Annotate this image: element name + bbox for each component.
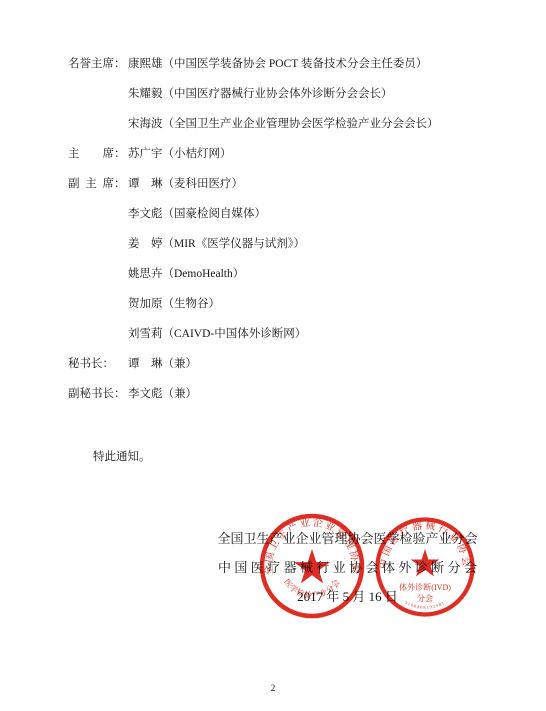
roster-row: 主 席： 苏广宇（小桔灯网） — [68, 139, 518, 169]
notice-text: 特此通知。 — [68, 442, 151, 472]
roster-row: 秘书长： 谭 琳（兼） — [68, 349, 518, 379]
roster-role-label — [68, 109, 128, 139]
roster-row: 姜 婷（MIR《医学仪器与试剂》） — [68, 229, 518, 259]
roster-member-name: 苏广宇（小桔灯网） — [128, 139, 232, 169]
roster-role-label — [68, 199, 128, 229]
officer-roster: 名誉主席： 康熙雄（中国医学装备协会 POCT 装备技术分会主任委员） 朱耀毅（… — [68, 49, 518, 409]
roster-role-label — [68, 319, 128, 349]
roster-member-name: 康熙雄（中国医学装备协会 POCT 装备技术分会主任委员） — [128, 49, 427, 79]
document-page: 名誉主席： 康熙雄（中国医学装备协会 POCT 装备技术分会主任委员） 朱耀毅（… — [0, 0, 546, 711]
star-icon — [411, 549, 440, 576]
roster-member-name: 贺加原（生物谷） — [128, 289, 220, 319]
roster-role-label: 副秘书长： — [68, 379, 128, 409]
roster-row: 贺加原（生物谷） — [68, 289, 518, 319]
roster-member-name: 谭 琳（麦科田医疗） — [128, 169, 243, 199]
page-number: 2 — [0, 683, 546, 693]
roster-role-label: 名誉主席： — [68, 49, 128, 79]
roster-member-name: 李文彪（兼） — [128, 379, 197, 409]
official-stamp-left: 全国卫生产业企业管理协会 医学检验产业分会 — [252, 506, 372, 626]
roster-role-label: 秘书长： — [68, 349, 128, 379]
roster-row: 副秘书长： 李文彪（兼） — [68, 379, 518, 409]
roster-role-label: 主 席： — [68, 139, 128, 169]
roster-member-name: 朱耀毅（中国医疗器械行业协会体外诊断分会会长） — [128, 79, 393, 109]
official-stamp-right: 中国医疗器械行业协会 体外诊断(IVD) 分会 3108808192581 — [368, 510, 482, 624]
roster-member-name: 刘雪莉（CAIVD-中国体外诊断网） — [128, 319, 306, 349]
roster-member-name: 宋海波（全国卫生产业企业管理协会医学检验产业分会会长） — [128, 109, 439, 139]
roster-row: 副 主 席： 谭 琳（麦科田医疗） — [68, 169, 518, 199]
roster-role-label — [68, 289, 128, 319]
roster-member-name: 李文彪（国豪检阅自媒体） — [128, 199, 266, 229]
roster-row: 宋海波（全国卫生产业企业管理协会医学检验产业分会会长） — [68, 109, 518, 139]
roster-member-name: 姚思卉（DemoHealth） — [128, 259, 244, 289]
roster-row: 名誉主席： 康熙雄（中国医学装备协会 POCT 装备技术分会主任委员） — [68, 49, 518, 79]
roster-role-label — [68, 79, 128, 109]
roster-row: 朱耀毅（中国医疗器械行业协会体外诊断分会会长） — [68, 79, 518, 109]
roster-member-name: 姜 婷（MIR《医学仪器与试剂》） — [128, 229, 305, 259]
stamp-branch-text: 分会 — [417, 593, 433, 603]
stamp-center-text: 体外诊断(IVD) — [399, 582, 451, 592]
roster-role-label: 副 主 席： — [68, 169, 128, 199]
roster-row: 李文彪（国豪检阅自媒体） — [68, 199, 518, 229]
star-icon — [294, 549, 330, 583]
roster-role-label — [68, 259, 128, 289]
roster-row: 姚思卉（DemoHealth） — [68, 259, 518, 289]
roster-row: 刘雪莉（CAIVD-中国体外诊断网） — [68, 319, 518, 349]
roster-role-label — [68, 229, 128, 259]
stamp-bottom-text: 医学检验产业分会 — [282, 577, 342, 600]
roster-member-name: 谭 琳（兼） — [128, 349, 197, 379]
